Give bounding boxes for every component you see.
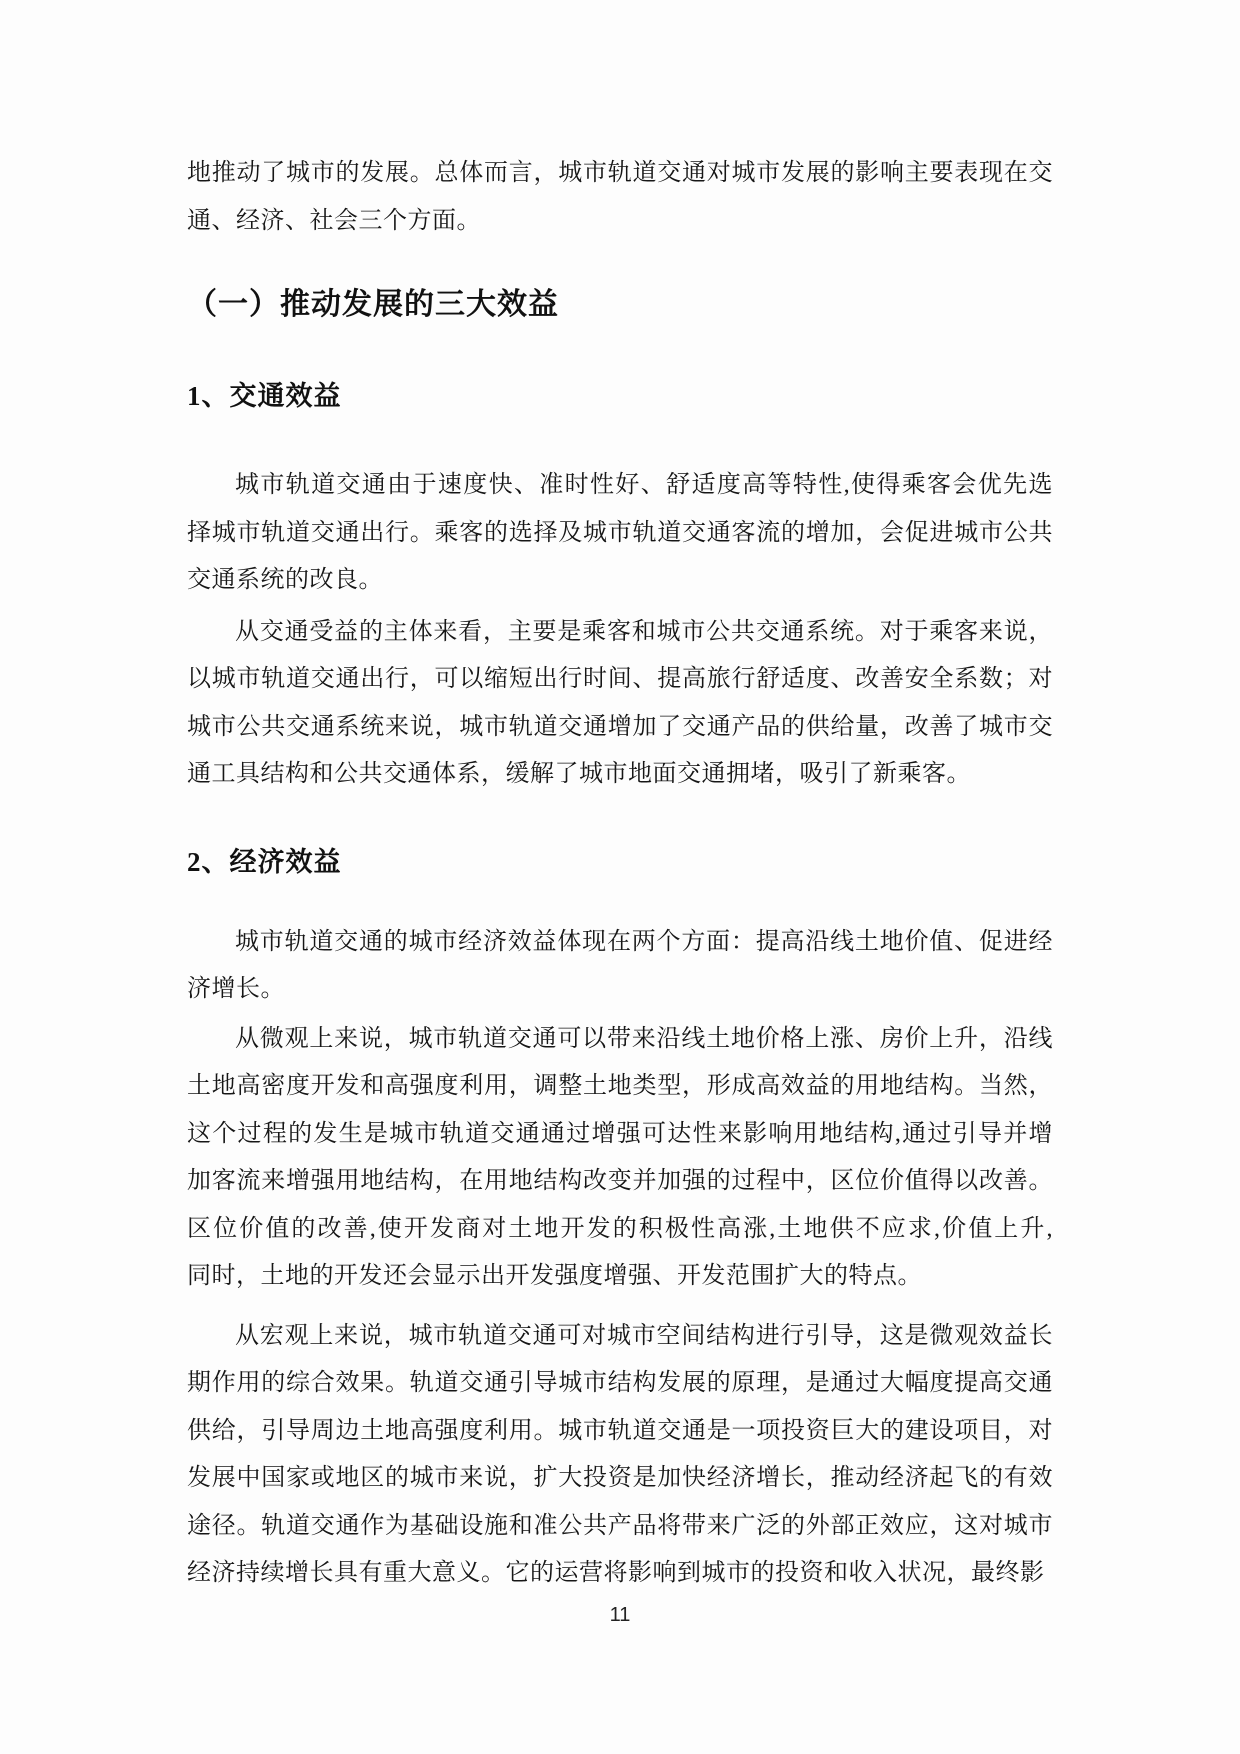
text-line: 通工具结构和公共交通体系，缓解了城市地面交通拥堵，吸引了新乘客。 xyxy=(187,751,1053,799)
text-line: 城市公共交通系统来说，城市轨道交通增加了交通产品的供给量，改善了城市交 xyxy=(187,704,1053,752)
text-line: 期作用的综合效果。轨道交通引导城市结构发展的原理，是通过大幅度提高交通 xyxy=(187,1360,1053,1408)
subsection-heading-economy: 2、经济效益 xyxy=(187,837,1053,887)
text-line: 以城市轨道交通出行，可以缩短出行时间、提高旅行舒适度、改善安全系数；对 xyxy=(187,656,1053,704)
page-number: 11 xyxy=(187,1604,1053,1627)
economy-paragraph-1: 城市轨道交通的城市经济效益体现在两个方面：提高沿线土地价值、促进经济增长。 xyxy=(187,919,1053,1014)
text-line: 土地高密度开发和高强度利用，调整土地类型，形成高效益的用地结构。当然， xyxy=(187,1063,1053,1111)
text-line: 交通系统的改良。 xyxy=(187,557,1053,605)
text-line: 从微观上来说，城市轨道交通可以带来沿线土地价格上涨、房价上升，沿线 xyxy=(187,1016,1053,1064)
subsection-heading-traffic: 1、交通效益 xyxy=(187,371,1053,421)
text-line: 发展中国家或地区的城市来说，扩大投资是加快经济增长，推动经济起飞的有效 xyxy=(187,1455,1053,1503)
economy-paragraph-2: 从微观上来说，城市轨道交通可以带来沿线土地价格上涨、房价上升，沿线土地高密度开发… xyxy=(187,1016,1053,1301)
text-line: 从宏观上来说，城市轨道交通可对城市空间结构进行引导，这是微观效益长 xyxy=(187,1313,1053,1361)
document-page: 地推动了城市的发展。总体而言，城市轨道交通对城市发展的影响主要表现在交通、经济、… xyxy=(0,0,1240,1754)
traffic-paragraph-2: 从交通受益的主体来看，主要是乘客和城市公共交通系统。对于乘客来说，以城市轨道交通… xyxy=(187,609,1053,799)
text-line: 同时，土地的开发还会显示出开发强度增强、开发范围扩大的特点。 xyxy=(187,1253,1053,1301)
text-line: 城市轨道交通由于速度快、准时性好、舒适度高等特性,使得乘客会优先选 xyxy=(187,462,1053,510)
traffic-paragraph-1: 城市轨道交通由于速度快、准时性好、舒适度高等特性,使得乘客会优先选择城市轨道交通… xyxy=(187,462,1053,605)
text-line: 经济持续增长具有重大意义。它的运营将影响到城市的投资和收入状况，最终影 xyxy=(187,1550,1053,1598)
text-line: 济增长。 xyxy=(187,966,1053,1014)
text-line: 加客流来增强用地结构，在用地结构改变并加强的过程中，区位价值得以改善。 xyxy=(187,1158,1053,1206)
text-line: 这个过程的发生是城市轨道交通通过增强可达性来影响用地结构,通过引导并增 xyxy=(187,1111,1053,1159)
text-line: 地推动了城市的发展。总体而言，城市轨道交通对城市发展的影响主要表现在交 xyxy=(187,150,1053,198)
intro-paragraph: 地推动了城市的发展。总体而言，城市轨道交通对城市发展的影响主要表现在交通、经济、… xyxy=(187,150,1053,245)
text-line: 择城市轨道交通出行。乘客的选择及城市轨道交通客流的增加，会促进城市公共 xyxy=(187,510,1053,558)
text-line: 途径。轨道交通作为基础设施和准公共产品将带来广泛的外部正效应，这对城市 xyxy=(187,1503,1053,1551)
text-line: 区位价值的改善,使开发商对土地开发的积极性高涨,土地供不应求,价值上升, xyxy=(187,1206,1053,1254)
text-line: 通、经济、社会三个方面。 xyxy=(187,198,1053,246)
economy-paragraph-3: 从宏观上来说，城市轨道交通可对城市空间结构进行引导，这是微观效益长期作用的综合效… xyxy=(187,1313,1053,1598)
text-line: 供给，引导周边土地高强度利用。城市轨道交通是一项投资巨大的建设项目，对 xyxy=(187,1408,1053,1456)
section-heading: （一）推动发展的三大效益 xyxy=(187,276,1053,334)
text-line: 从交通受益的主体来看，主要是乘客和城市公共交通系统。对于乘客来说， xyxy=(187,609,1053,657)
text-line: 城市轨道交通的城市经济效益体现在两个方面：提高沿线土地价值、促进经 xyxy=(187,919,1053,967)
